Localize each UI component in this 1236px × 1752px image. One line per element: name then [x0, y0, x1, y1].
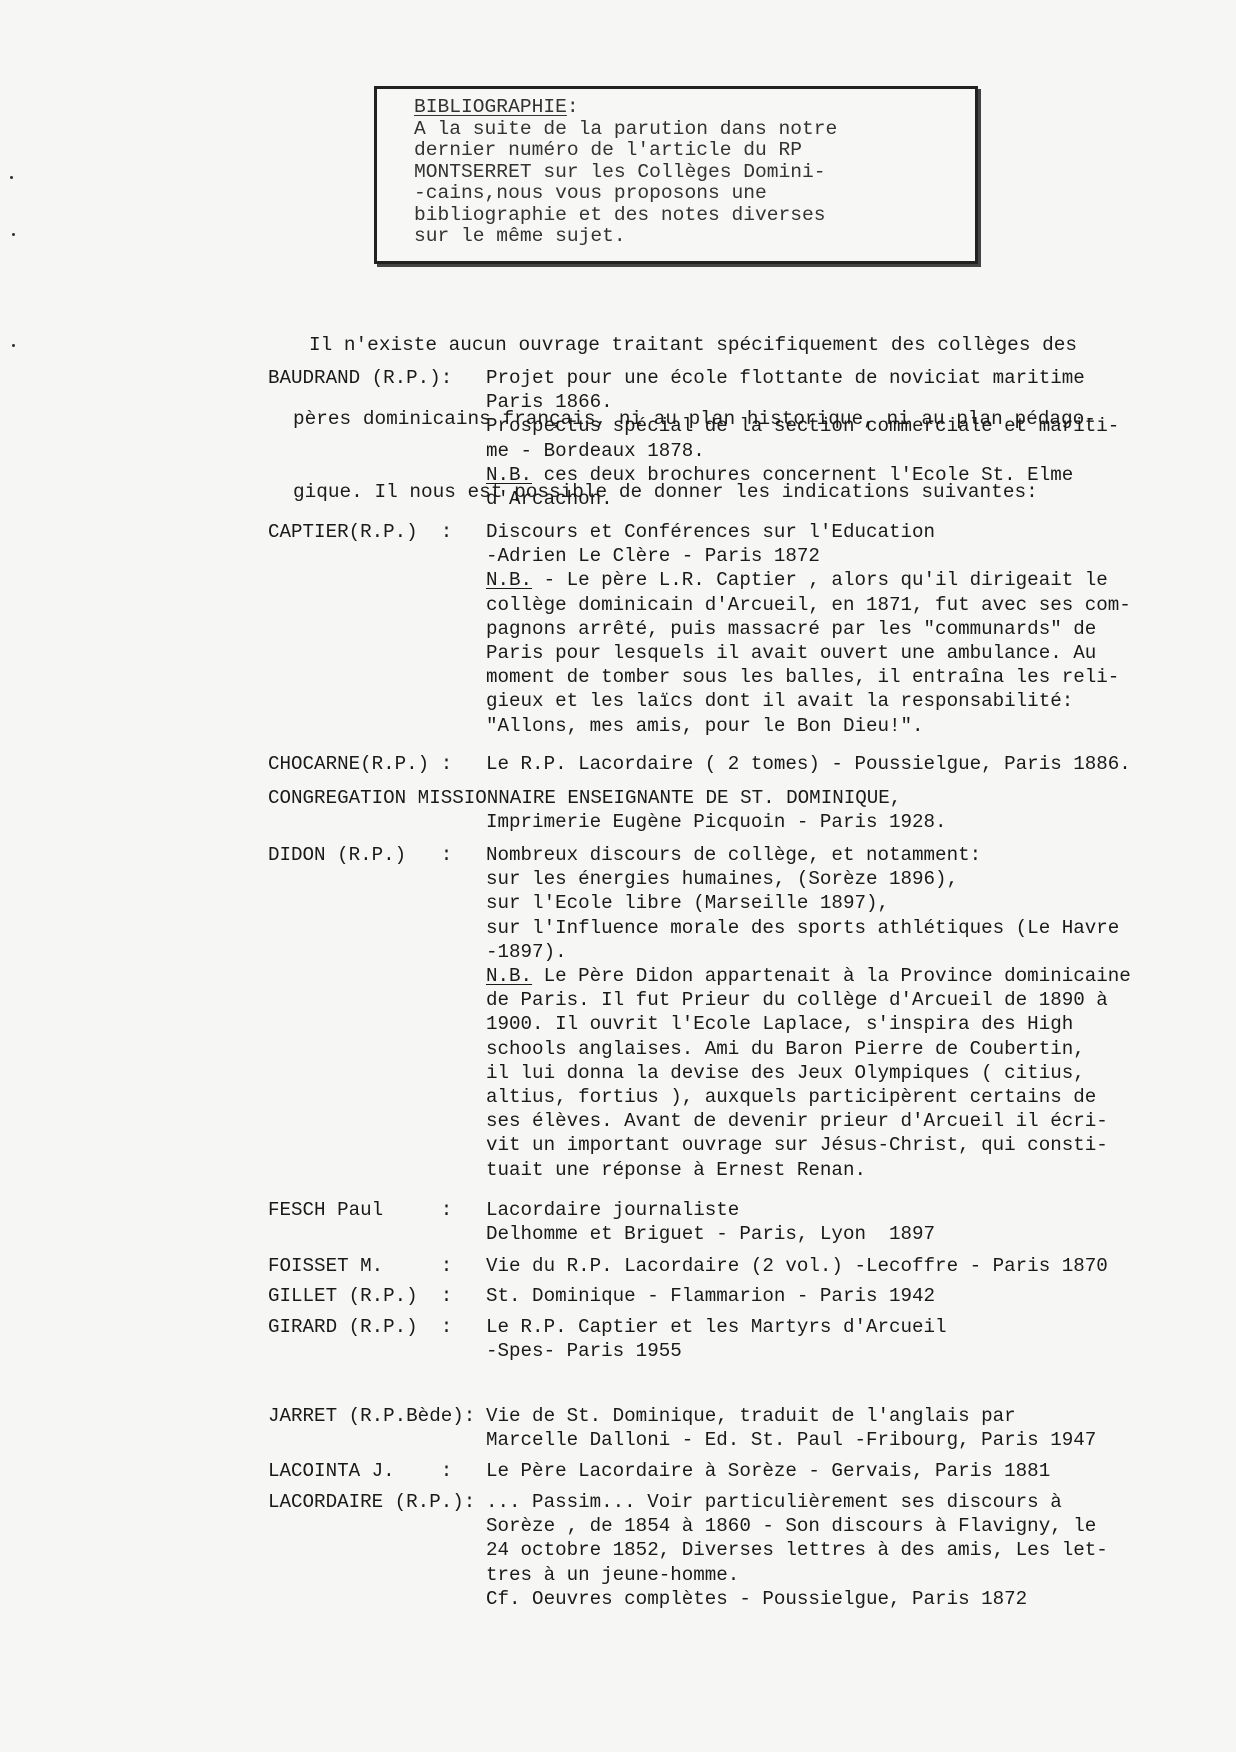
entry-body: Vie de St. Dominique, traduit de l'angla… — [486, 1404, 1096, 1452]
entry-body: ... Passim... Voir particulièrement ses … — [486, 1490, 1108, 1611]
entry-line: sur l'Influence morale des sports athlét… — [486, 916, 1131, 940]
entry-line: -Spes- Paris 1955 — [486, 1339, 947, 1363]
entry-line: Le Père Lacordaire à Sorèze - Gervais, P… — [486, 1459, 1050, 1483]
entry-line: Le R.P. Captier et les Martyrs d'Arcueil — [486, 1315, 947, 1339]
entry-line: Imprimerie Eugène Picquoin - Paris 1928. — [486, 810, 947, 834]
entry-body: St. Dominique - Flammarion - Paris 1942 — [486, 1284, 935, 1308]
entry-note-line: pagnons arrêté, puis massacré par les "c… — [486, 617, 1131, 641]
entry-line: tres à un jeune-homme. — [486, 1563, 1108, 1587]
entry-note-line: "Allons, mes amis, pour le Bon Dieu!". — [486, 714, 1131, 738]
entry-line: Delhomme et Briguet - Paris, Lyon 1897 — [486, 1222, 935, 1246]
entry-author: CAPTIER(R.P.) : — [268, 520, 452, 544]
entry-author: GIRARD (R.P.) : — [268, 1315, 452, 1339]
margin-mark — [12, 233, 15, 236]
entry-line: Vie de St. Dominique, traduit de l'angla… — [486, 1404, 1096, 1428]
entry-line: Projet pour une école flottante de novic… — [486, 366, 1119, 390]
nota-bene-label: N.B. — [486, 965, 532, 987]
entry-note-line: Paris pour lesquels il avait ouvert une … — [486, 641, 1131, 665]
entry-body: Projet pour une école flottante de novic… — [486, 366, 1119, 511]
entry-note-line: il lui donna la devise des Jeux Olympiqu… — [486, 1061, 1131, 1085]
box-line: MONTSERRET sur les Collèges Domini- — [414, 162, 975, 184]
entry-line: -1897). — [486, 940, 1131, 964]
entry-author: FOISSET M. : — [268, 1254, 452, 1278]
entry-author: CONGREGATION MISSIONNAIRE ENSEIGNANTE DE… — [268, 786, 901, 810]
entry-note-line: d'Arcachon. — [486, 487, 1119, 511]
entry-note-line: tuait une réponse à Ernest Renan. — [486, 1158, 1131, 1182]
entry-line: Marcelle Dalloni - Ed. St. Paul -Fribour… — [486, 1428, 1096, 1452]
entry-line: Le R.P. Lacordaire ( 2 tomes) - Poussiel… — [486, 752, 1131, 776]
box-line: -cains,nous vous proposons une — [414, 183, 975, 205]
nota-bene-label: N.B. — [486, 569, 532, 591]
entry-body: Imprimerie Eugène Picquoin - Paris 1928. — [486, 810, 947, 834]
entry-line: 24 octobre 1852, Diverses lettres à des … — [486, 1538, 1108, 1562]
entry-note-line: schools anglaises. Ami du Baron Pierre d… — [486, 1037, 1131, 1061]
entry-note-line: N.B. Le Père Didon appartenait à la Prov… — [486, 964, 1131, 988]
entry-line: sur les énergies humaines, (Sorèze 1896)… — [486, 867, 1131, 891]
entry-line: St. Dominique - Flammarion - Paris 1942 — [486, 1284, 935, 1308]
entry-line: sur l'Ecole libre (Marseille 1897), — [486, 891, 1131, 915]
entry-body: Discours et Conférences sur l'Education-… — [486, 520, 1131, 738]
entry-note-line: altius, fortius ), auxquels participèren… — [486, 1085, 1131, 1109]
entry-note-line: N.B. - Le père L.R. Captier , alors qu'i… — [486, 568, 1131, 592]
entry-author: JARRET (R.P.Bède): — [268, 1404, 475, 1428]
entry-author: LACOINTA J. : — [268, 1459, 452, 1483]
entry-line: Vie du R.P. Lacordaire (2 vol.) -Lecoffr… — [486, 1254, 1108, 1278]
entry-line: Nombreux discours de collège, et notamme… — [486, 843, 1131, 867]
entry-note-line: collège dominicain d'Arcueil, en 1871, f… — [486, 593, 1131, 617]
entry-note-line: de Paris. Il fut Prieur du collège d'Arc… — [486, 988, 1131, 1012]
box-line: bibliographie et des notes diverses — [414, 205, 975, 227]
entry-line: Paris 1866. — [486, 390, 1119, 414]
entry-note-line: gieux et les laïcs dont il avait la resp… — [486, 689, 1131, 713]
entry-body: Vie du R.P. Lacordaire (2 vol.) -Lecoffr… — [486, 1254, 1108, 1278]
entry-author: BAUDRAND (R.P.): — [268, 366, 452, 390]
entry-body: Le R.P. Lacordaire ( 2 tomes) - Poussiel… — [486, 752, 1131, 776]
entry-body: Le Père Lacordaire à Sorèze - Gervais, P… — [486, 1459, 1050, 1483]
nota-bene-label: N.B. — [486, 464, 532, 486]
bibliography-header-box: BIBLIOGRAPHIE: A la suite de la parution… — [374, 86, 978, 264]
entry-line: Prospectus spécial de la section commerc… — [486, 414, 1119, 438]
entry-body: Nombreux discours de collège, et notamme… — [486, 843, 1131, 1182]
entry-body: Le R.P. Captier et les Martyrs d'Arcueil… — [486, 1315, 947, 1363]
box-line: sur le même sujet. — [414, 226, 975, 248]
entry-author: FESCH Paul : — [268, 1198, 452, 1222]
entry-note-line: N.B. ces deux brochures concernent l'Eco… — [486, 463, 1119, 487]
entry-author: CHOCARNE(R.P.) : — [268, 752, 452, 776]
entry-author: LACORDAIRE (R.P.): — [268, 1490, 475, 1514]
margin-mark — [10, 176, 13, 179]
entry-author: DIDON (R.P.) : — [268, 843, 452, 867]
entry-line: Sorèze , de 1854 à 1860 - Son discours à… — [486, 1514, 1108, 1538]
entry-line: Cf. Oeuvres complètes - Poussielgue, Par… — [486, 1587, 1108, 1611]
entry-note-line: ses élèves. Avant de devenir prieur d'Ar… — [486, 1109, 1131, 1133]
box-line: dernier numéro de l'article du RP — [414, 140, 975, 162]
margin-mark — [12, 344, 15, 347]
entry-line: -Adrien Le Clère - Paris 1872 — [486, 544, 1131, 568]
entry-line: ... Passim... Voir particulièrement ses … — [486, 1490, 1108, 1514]
entry-note-line: vit un important ouvrage sur Jésus-Chris… — [486, 1133, 1131, 1157]
entry-body: Lacordaire journalisteDelhomme et Brigue… — [486, 1198, 935, 1246]
box-title: BIBLIOGRAPHIE: — [414, 97, 975, 119]
entry-author: GILLET (R.P.) : — [268, 1284, 452, 1308]
entry-line: Lacordaire journaliste — [486, 1198, 935, 1222]
entry-line: me - Bordeaux 1878. — [486, 439, 1119, 463]
entry-line: Discours et Conférences sur l'Education — [486, 520, 1131, 544]
box-line: A la suite de la parution dans notre — [414, 119, 975, 141]
entry-note-line: 1900. Il ouvrit l'Ecole Laplace, s'inspi… — [486, 1012, 1131, 1036]
entry-note-line: moment de tomber sous les balles, il ent… — [486, 665, 1131, 689]
